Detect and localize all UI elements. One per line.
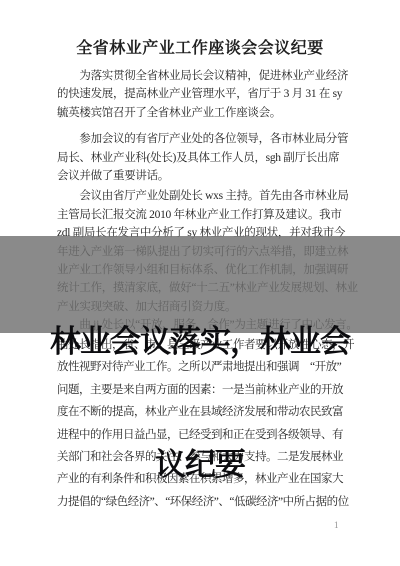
doc-line: 会议由省厅产业处副处长 wxs 主持。首先由各市林业局 <box>57 187 337 205</box>
document-page: 全省林业产业工作座谈会会议纪要 为落实贯彻全省林业局长会议精神，促进林业产业经济… <box>0 0 400 566</box>
doc-line: 为落实贯彻全省林业局长会议精神，促进林业产业经济 <box>57 67 337 85</box>
doc-line: 主管局长汇报交流 2010 年林业产业工作打算及建议。我市 <box>57 206 337 224</box>
doc-line: 毓英楼宾馆召开了全省林业产业工作座谈会。 <box>57 104 337 122</box>
doc-line: 会议并做了重要讲话。 <box>57 167 337 185</box>
overlay-caption-line1: 林业会议落实，林业会 <box>0 322 400 363</box>
overlay-caption: 林业会议落实，林业会 议纪要 <box>0 240 400 566</box>
doc-line: 的快速发展，提高林业产业管理水平，省厅于 3 月 31 在 sy <box>57 85 337 103</box>
document-title: 全省林业产业工作座谈会会议纪要 <box>0 40 400 58</box>
doc-line: 局长、林业产业科(处长)及具体工作人员，sgh 副厅长出席 <box>57 149 337 167</box>
overlay-caption-line2: 议纪要 <box>0 445 400 486</box>
doc-line: 参加会议的有省厅产业处的各位领导，各市林业局分管 <box>57 130 337 148</box>
